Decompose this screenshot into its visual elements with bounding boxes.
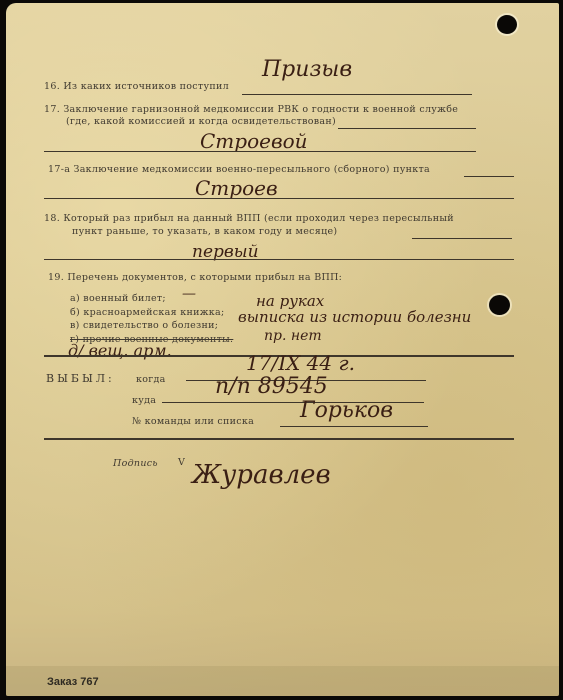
order-number: Заказ 767 [47, 676, 99, 688]
departed-when-label: когда [136, 374, 166, 385]
signature-value: Журавлев [192, 460, 331, 490]
item17-value: Строевой [200, 129, 308, 153]
departed-when-value: 17/IX 44 г. [246, 351, 355, 375]
departed-label: ВЫБЫЛ: [46, 372, 115, 385]
item16-label: 16. Из каких источников поступил [44, 81, 229, 92]
item18-label-1: 18. Который раз прибыл на данный ВПП (ес… [44, 213, 454, 224]
departed-team-label: № команды или списка [132, 416, 254, 427]
item19-label: 19. Перечень документов, с которыми приб… [48, 272, 342, 283]
item17a-line-1 [464, 176, 514, 177]
item16-line [242, 94, 472, 95]
signature-mark: V [178, 457, 185, 468]
item18-line-2 [44, 259, 514, 260]
departed-where-value: п/п 89545 [215, 374, 328, 399]
departed-where-label: куда [132, 395, 156, 406]
item19-d-value: д/ вещ. арм. [68, 341, 172, 360]
punch-hole-middle [489, 295, 510, 315]
departed-bottom-line [44, 438, 514, 440]
item19-a-label: а) военный билет; [70, 293, 166, 304]
item19-c-label: в) свидетельство о болезни; [70, 320, 218, 331]
item17-label-2: (где, какой комиссией и когда освидетель… [66, 116, 336, 127]
item16-value: Призыв [262, 57, 352, 82]
punch-hole-top [497, 15, 517, 34]
item19-c-value: выписка из истории болезни [238, 308, 471, 326]
item17a-line-2 [44, 198, 514, 199]
item17-line-1 [338, 128, 476, 129]
departed-team-value: Горьков [300, 398, 393, 423]
item19-b-label: б) красноармейская книжка; [70, 307, 224, 318]
item17-label-1: 17. Заключение гарнизонной медкомиссии Р… [44, 104, 458, 115]
item18-line-1 [412, 238, 512, 239]
item17-line-2 [44, 151, 476, 152]
item19-a-value: — [182, 286, 196, 302]
signature-label: Подпись [113, 458, 158, 469]
item18-label-2: пункт раньше, то указать, в каком году и… [72, 226, 337, 237]
departed-team-line [280, 426, 428, 427]
item19-extra: пр. нет [264, 328, 322, 344]
item17a-label: 17-а Заключение медкомиссии военно-перес… [48, 164, 430, 175]
item17a-value: Строев [195, 176, 278, 200]
